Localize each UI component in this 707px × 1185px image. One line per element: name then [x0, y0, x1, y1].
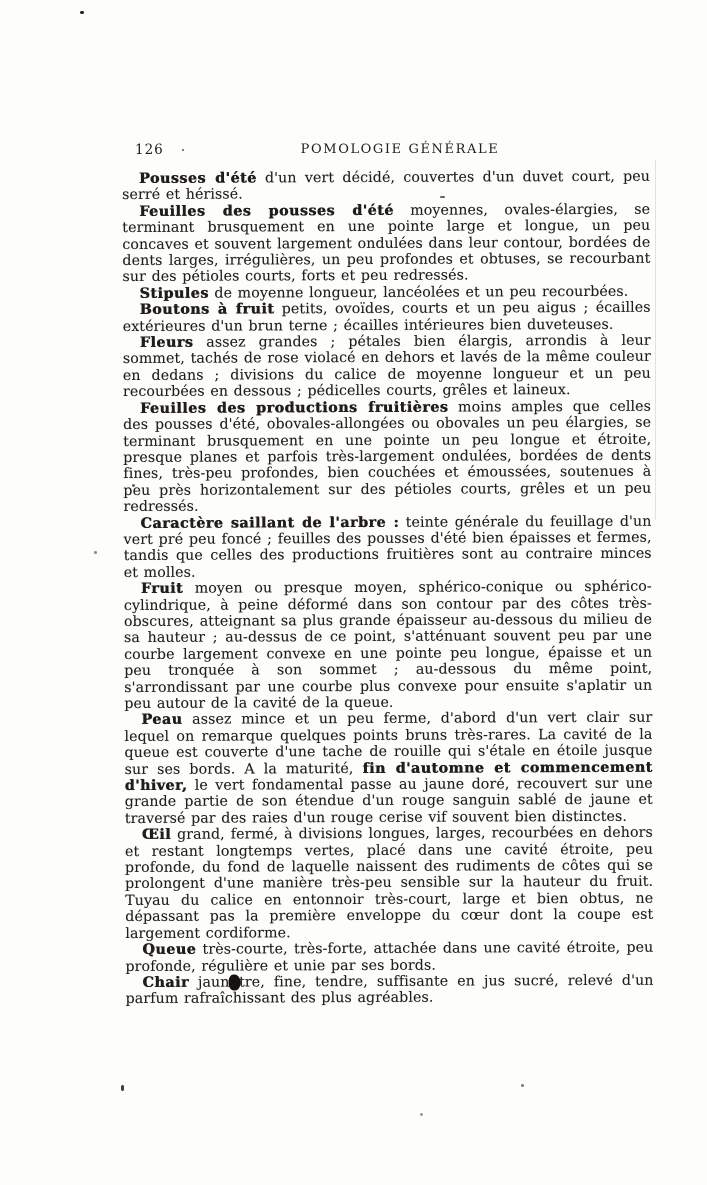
- paragraph-lead: Queue: [142, 942, 196, 958]
- paragraph-lead: Pousses d'été: [139, 170, 257, 187]
- paragraph-feuilles-productions: Feuilles des productions fruitières moin…: [123, 398, 651, 515]
- paragraph-text: moyen ou presque moyen, sphérico-conique…: [124, 579, 652, 712]
- text-block: Pousses d'été d'un vert décidé, couverte…: [122, 169, 654, 1008]
- paragraph-text: moins amples que celles des pousses d'ét…: [123, 398, 651, 515]
- paragraph-lead: Feuilles des productions fruitières: [140, 399, 448, 416]
- scan-speck: [521, 1084, 524, 1087]
- paragraph-lead: Peau: [141, 712, 182, 728]
- paragraph-lead: Fleurs: [140, 335, 194, 351]
- paragraph-lead: Chair: [143, 975, 189, 991]
- paragraph-text: très-courte, très-forte, attachée dans u…: [125, 940, 653, 975]
- running-title: POMOLOGIE GÉNÉRALE: [136, 142, 664, 157]
- paragraph-lead: Caractère saillant de l'arbre :: [141, 514, 400, 531]
- paragraph-lead: Fruit: [141, 581, 183, 597]
- scan-speck: [80, 11, 84, 14]
- paragraph-lead: Œil: [142, 827, 171, 843]
- paragraph-boutons-a-fruit: Boutons à fruit petits, ovoïdes, courts …: [123, 300, 651, 335]
- paragraph-lead: Stipules: [140, 285, 209, 301]
- scan-fold-line-artifact: [655, 160, 656, 520]
- paragraph-fleurs: Fleurs assez grandes ; pétales bien élar…: [123, 333, 651, 401]
- scan-speck: [132, 484, 135, 487]
- scan-speck: [182, 149, 184, 151]
- paragraph-chair: Chair jaunâtre, fine, tendre, suffisante…: [126, 973, 654, 1008]
- paragraph-text: de moyenne longueur, lancéolées et un pe…: [209, 284, 629, 302]
- paragraph-pousses-dete: Pousses d'été d'un vert décidé, couverte…: [122, 169, 650, 204]
- paragraph-text: le vert fondamental passe au jaune doré,…: [125, 776, 653, 827]
- scan-speck: [94, 551, 97, 554]
- book-page-scan: 126 POMOLOGIE GÉNÉRALE Pousses d'été d'u…: [0, 0, 707, 1185]
- paragraph-text: assez grandes ; pétales bien élargis, ar…: [123, 333, 651, 401]
- scan-speck: [420, 1113, 423, 1116]
- paragraph-feuilles-pousses: Feuilles des pousses d'été moyennes, ova…: [122, 202, 650, 286]
- paragraph-lead: Boutons à fruit: [140, 302, 275, 319]
- paragraph-fruit: Fruit moyen ou presque moyen, sphérico-c…: [124, 579, 653, 713]
- paragraph-oeil: Œil grand, fermé, à divisions longues, l…: [125, 825, 653, 942]
- paragraph-queue: Queue très-courte, très-forte, attachée …: [125, 940, 653, 975]
- scan-speck: [440, 196, 445, 198]
- paragraph-text: grand, fermé, à divisions longues, large…: [125, 825, 653, 942]
- running-header: 126 POMOLOGIE GÉNÉRALE: [122, 142, 650, 160]
- paragraph-lead: Feuilles des pousses d'été: [139, 203, 394, 220]
- paragraph-caractere-saillant: Caractère saillant de l'arbre : teinte g…: [124, 513, 652, 581]
- paragraph-text: jaun: [189, 974, 230, 990]
- scan-speck: [121, 1085, 124, 1091]
- paragraph-peau: Peau assez mince et un peu ferme, d'abor…: [124, 710, 652, 827]
